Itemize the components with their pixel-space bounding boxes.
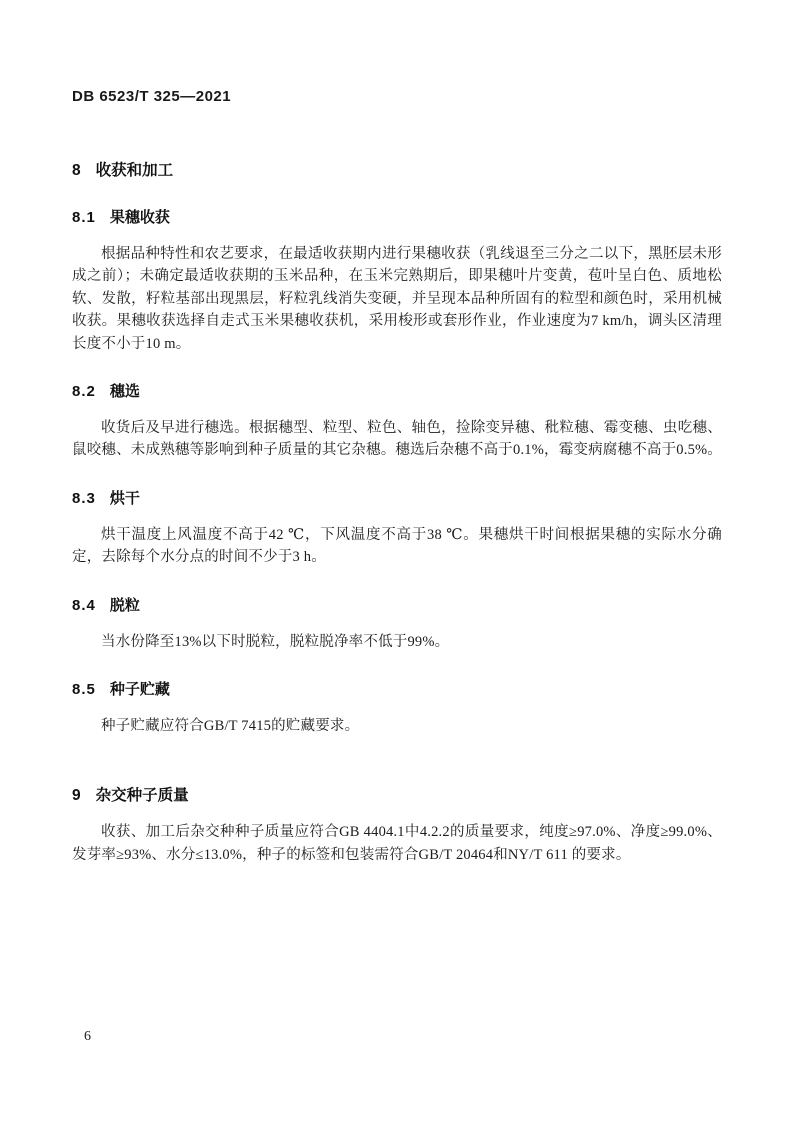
chapter-9-number: 9 (72, 785, 82, 806)
section-8-4-number: 8.4 (72, 596, 96, 616)
para-8-4: 当水份降至13%以下时脱粒，脱粒脱净率不低于99%。 (72, 631, 722, 653)
document-page: DB 6523/T 325—2021 8收获和加工 8.1果穗收获 根据品种特性… (0, 0, 793, 1122)
standard-number-header: DB 6523/T 325—2021 (72, 88, 722, 106)
chapter-8-number: 8 (72, 160, 82, 181)
para-8-2: 收货后及早进行穗选。根据穗型、粒型、粒色、轴色，捡除变异穗、秕粒穗、霉变穗、虫吃… (72, 417, 722, 462)
section-8-3-heading: 8.3烘干 (72, 489, 722, 509)
section-8-5-heading: 8.5种子贮藏 (72, 680, 722, 700)
para-8-3: 烘干温度上风温度不高于42 ℃，下风温度不高于38 ℃。果穗烘干时间根据果穗的实… (72, 524, 722, 569)
para-8-5: 种子贮藏应符合GB/T 7415的贮藏要求。 (72, 715, 722, 737)
section-8-2-title: 穗选 (110, 383, 140, 400)
page-number: 6 (84, 1028, 91, 1046)
section-8-1-number: 8.1 (72, 208, 96, 228)
chapter-8-title: 收获和加工 (96, 162, 174, 179)
para-9: 收获、加工后杂交种种子质量应符合GB 4404.1中4.2.2的质量要求，纯度≥… (72, 821, 722, 866)
chapter-9-title: 杂交种子质量 (96, 787, 189, 804)
section-8-5-number: 8.5 (72, 680, 96, 700)
section-8-4-heading: 8.4脱粒 (72, 596, 722, 616)
section-8-5-title: 种子贮藏 (110, 681, 170, 698)
section-8-3-number: 8.3 (72, 489, 96, 509)
section-8-2-heading: 8.2穗选 (72, 382, 722, 402)
chapter-9-heading: 9杂交种子质量 (72, 785, 722, 806)
chapter-8-heading: 8收获和加工 (72, 160, 722, 181)
section-8-3-title: 烘干 (110, 490, 140, 507)
section-8-2-number: 8.2 (72, 382, 96, 402)
section-8-1-heading: 8.1果穗收获 (72, 208, 722, 228)
para-8-1: 根据品种特性和农艺要求，在最适收获期内进行果穗收获（乳线退至三分之二以下，黑胚层… (72, 243, 722, 355)
section-8-1-title: 果穗收获 (110, 209, 170, 226)
section-8-4-title: 脱粒 (110, 597, 140, 614)
